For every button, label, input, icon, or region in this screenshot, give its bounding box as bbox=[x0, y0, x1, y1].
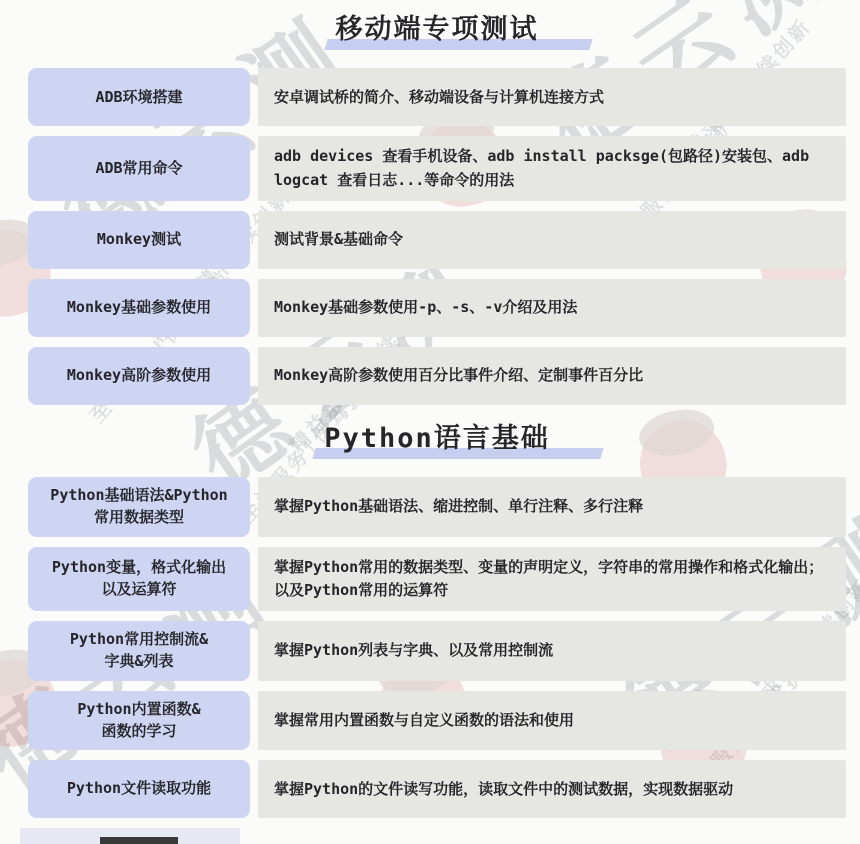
outline-section: 移动端专项测试 ADB环境搭建 安卓调试桥的简介、移动端设备与计算机连接方式 A… bbox=[28, 14, 846, 405]
topic-label: Monkey测试 bbox=[97, 229, 181, 251]
cropped-bottom-bar bbox=[100, 837, 178, 844]
desc-text: 掌握Python列表与字典、以及常用控制流 bbox=[274, 639, 553, 662]
desc-text: 安卓调试桥的简介、移动端设备与计算机连接方式 bbox=[274, 86, 604, 109]
topic-cell: Python常用控制流& 字典&列表 bbox=[28, 621, 250, 681]
desc-text: Monkey高阶参数使用百分比事件介绍、定制事件百分比 bbox=[274, 364, 643, 387]
desc-cell: 安卓调试桥的简介、移动端设备与计算机连接方式 bbox=[258, 68, 846, 126]
desc-text: 掌握Python基础语法、缩进控制、单行注释、多行注释 bbox=[274, 495, 643, 518]
table-row: Python基础语法&Python 常用数据类型 掌握Python基础语法、缩进… bbox=[28, 477, 846, 537]
table-row: Python变量，格式化输出 以及运算符 掌握Python常用的数据类型、变量的… bbox=[28, 547, 846, 612]
section-rows: Python基础语法&Python 常用数据类型 掌握Python基础语法、缩进… bbox=[28, 477, 846, 818]
topic-label: Monkey基础参数使用 bbox=[67, 297, 211, 319]
outline-section: Python语言基础 Python基础语法&Python 常用数据类型 掌握Py… bbox=[28, 423, 846, 818]
topic-label: ADB常用命令 bbox=[95, 158, 182, 180]
desc-cell: 掌握Python常用的数据类型、变量的声明定义，字符串的常用操作和格式化输出；以… bbox=[258, 547, 846, 612]
desc-text: adb devices 查看手机设备、adb install packsge(包… bbox=[274, 145, 830, 192]
table-row: Python常用控制流& 字典&列表 掌握Python列表与字典、以及常用控制流 bbox=[28, 621, 846, 681]
desc-text: Monkey基础参数使用-p、-s、-v介绍及用法 bbox=[274, 296, 577, 319]
section-title-wrap: 移动端专项测试 bbox=[28, 14, 846, 46]
topic-label: Python变量，格式化输出 以及运算符 bbox=[52, 557, 226, 601]
topic-cell: Python文件读取功能 bbox=[28, 760, 250, 818]
section-title: 移动端专项测试 bbox=[330, 14, 545, 46]
topic-label: Monkey高阶参数使用 bbox=[67, 365, 211, 387]
topic-label: Python文件读取功能 bbox=[67, 778, 211, 800]
desc-cell: Monkey高阶参数使用百分比事件介绍、定制事件百分比 bbox=[258, 347, 846, 405]
topic-cell: Monkey高阶参数使用 bbox=[28, 347, 250, 405]
topic-label: Python常用控制流& 字典&列表 bbox=[70, 629, 208, 673]
table-row: ADB常用命令 adb devices 查看手机设备、adb install p… bbox=[28, 136, 846, 201]
topic-cell: Python变量，格式化输出 以及运算符 bbox=[28, 547, 250, 612]
topic-cell: ADB环境搭建 bbox=[28, 68, 250, 126]
topic-cell: Python基础语法&Python 常用数据类型 bbox=[28, 477, 250, 537]
section-rows: ADB环境搭建 安卓调试桥的简介、移动端设备与计算机连接方式 ADB常用命令 a… bbox=[28, 68, 846, 405]
topic-cell: ADB常用命令 bbox=[28, 136, 250, 201]
desc-cell: 掌握Python基础语法、缩进控制、单行注释、多行注释 bbox=[258, 477, 846, 537]
desc-text: 掌握常用内置函数与自定义函数的语法和使用 bbox=[274, 709, 574, 732]
topic-cell: Python内置函数& 函数的学习 bbox=[28, 691, 250, 751]
desc-cell: adb devices 查看手机设备、adb install packsge(包… bbox=[258, 136, 846, 201]
table-row: Python文件读取功能 掌握Python的文件读写功能，读取文件中的测试数据，… bbox=[28, 760, 846, 818]
sections: 移动端专项测试 ADB环境搭建 安卓调试桥的简介、移动端设备与计算机连接方式 A… bbox=[28, 14, 846, 818]
topic-label: Python内置函数& 函数的学习 bbox=[77, 699, 200, 743]
topic-cell: Monkey测试 bbox=[28, 211, 250, 269]
desc-cell: 掌握Python列表与字典、以及常用控制流 bbox=[258, 621, 846, 681]
table-row: ADB环境搭建 安卓调试桥的简介、移动端设备与计算机连接方式 bbox=[28, 68, 846, 126]
topic-cell: Monkey基础参数使用 bbox=[28, 279, 250, 337]
desc-cell: 掌握Python的文件读写功能，读取文件中的测试数据，实现数据驱动 bbox=[258, 760, 846, 818]
course-outline: 移动端专项测试 ADB环境搭建 安卓调试桥的简介、移动端设备与计算机连接方式 A… bbox=[0, 0, 860, 844]
table-row: Monkey高阶参数使用 Monkey高阶参数使用百分比事件介绍、定制事件百分比 bbox=[28, 347, 846, 405]
section-title: Python语言基础 bbox=[318, 423, 556, 455]
desc-cell: 测试背景&基础命令 bbox=[258, 211, 846, 269]
table-row: Monkey测试 测试背景&基础命令 bbox=[28, 211, 846, 269]
table-row: Monkey基础参数使用 Monkey基础参数使用-p、-s、-v介绍及用法 bbox=[28, 279, 846, 337]
desc-cell: Monkey基础参数使用-p、-s、-v介绍及用法 bbox=[258, 279, 846, 337]
topic-label: Python基础语法&Python 常用数据类型 bbox=[50, 485, 227, 529]
desc-cell: 掌握常用内置函数与自定义函数的语法和使用 bbox=[258, 691, 846, 751]
table-row: Python内置函数& 函数的学习 掌握常用内置函数与自定义函数的语法和使用 bbox=[28, 691, 846, 751]
section-title-wrap: Python语言基础 bbox=[28, 423, 846, 455]
desc-text: 测试背景&基础命令 bbox=[274, 228, 403, 251]
topic-label: ADB环境搭建 bbox=[95, 87, 182, 109]
desc-text: 掌握Python的文件读写功能，读取文件中的测试数据，实现数据驱动 bbox=[274, 778, 733, 801]
desc-text: 掌握Python常用的数据类型、变量的声明定义，字符串的常用操作和格式化输出；以… bbox=[274, 556, 830, 603]
